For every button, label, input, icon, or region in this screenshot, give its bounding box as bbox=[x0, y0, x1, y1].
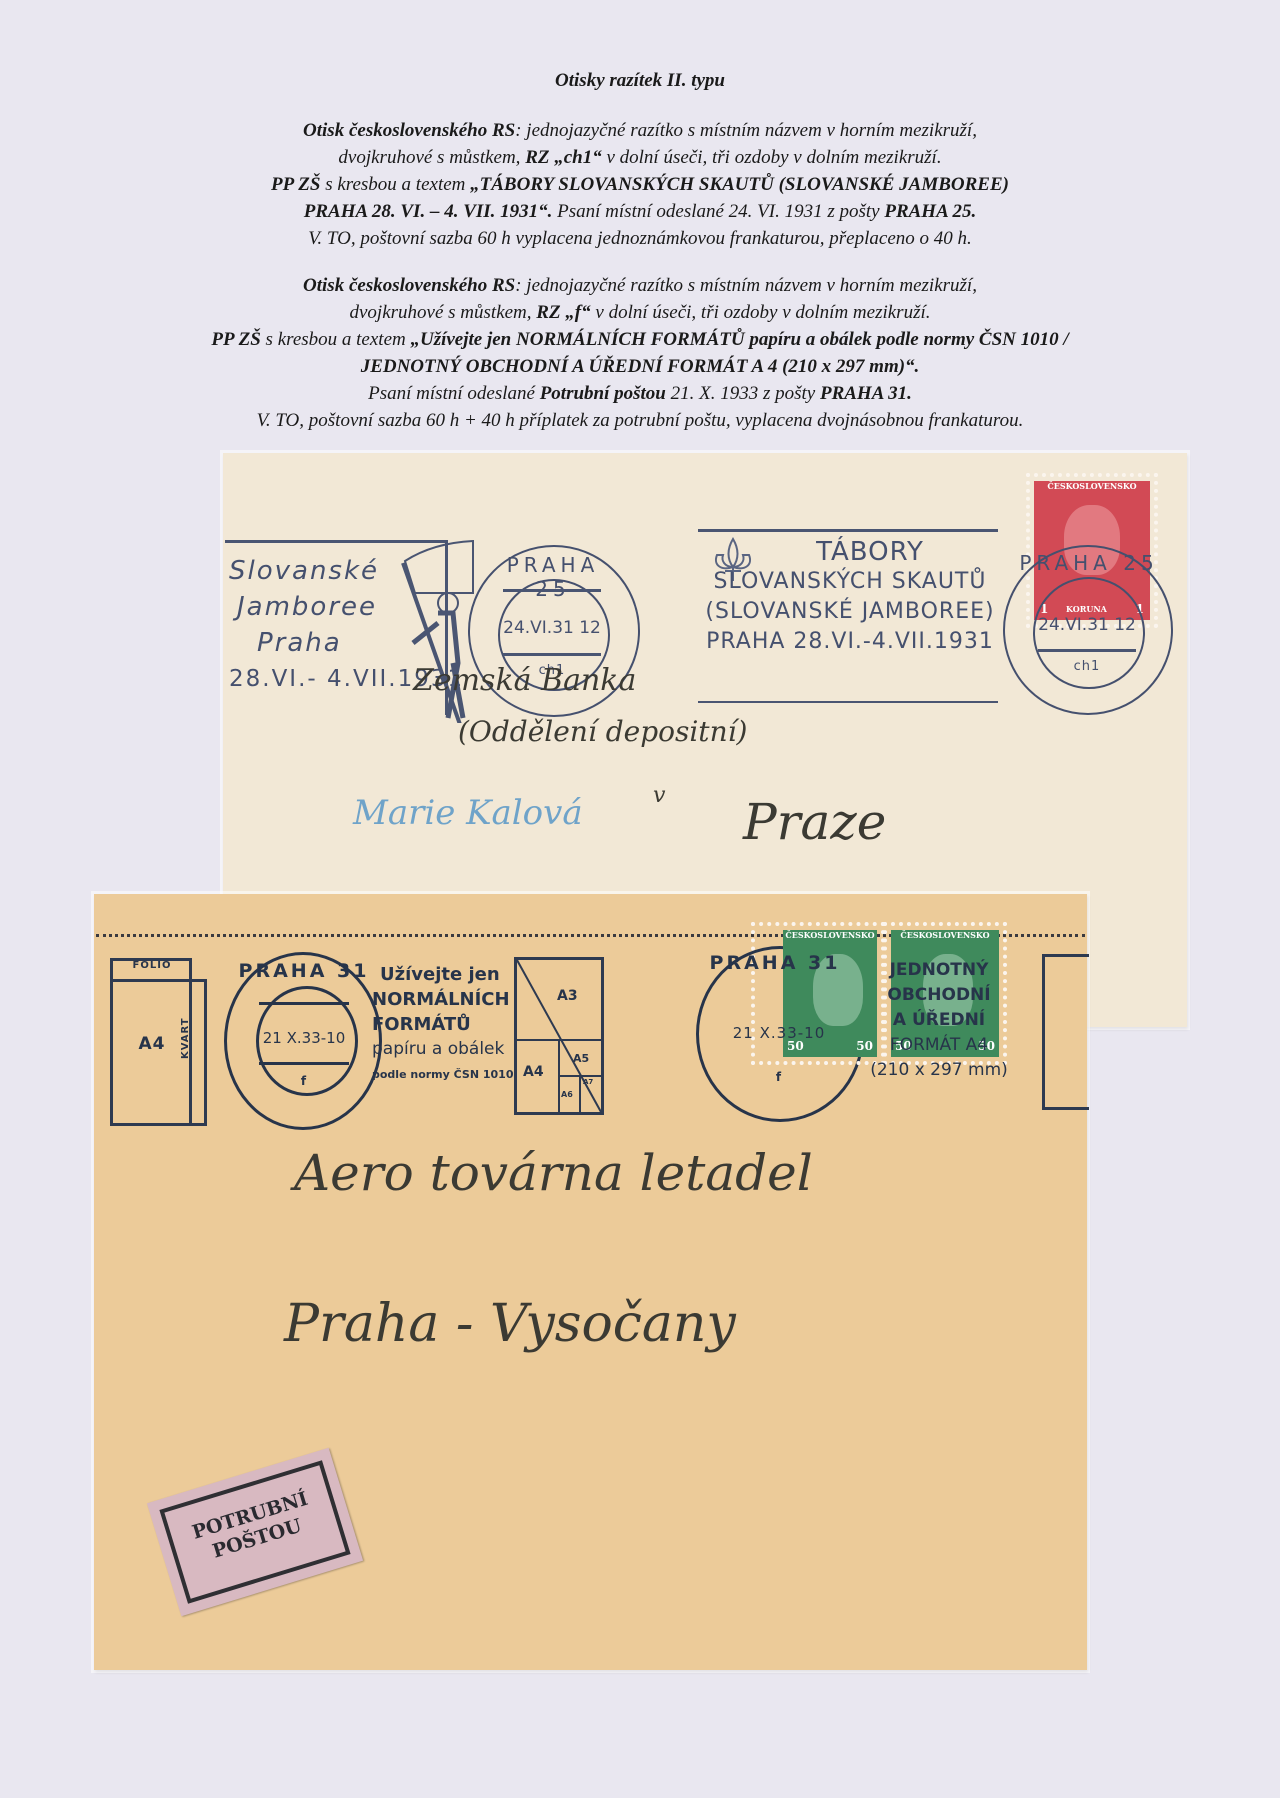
slogan-line: PRAHA 28.VI.-4.VII.1931 bbox=[705, 627, 995, 657]
text: V. TO, poštovní sazba 60 h + 40 h přípla… bbox=[0, 407, 1280, 434]
format-a4: A4 bbox=[523, 1064, 544, 1080]
slogan-line: FORMÁT A4 bbox=[864, 1033, 1014, 1058]
format-a3: A3 bbox=[557, 988, 578, 1004]
postmark-bridge bbox=[259, 1062, 349, 1065]
text: V. TO, poštovní sazba 60 h vyplacena jed… bbox=[0, 225, 1280, 252]
postmark-bridge bbox=[503, 589, 601, 592]
text-bold: JEDNOTNÝ OBCHODNÍ A ÚŘEDNÍ FORMÁT A 4 (2… bbox=[361, 356, 920, 377]
slogan-rule bbox=[698, 701, 998, 703]
address-city: Praha - Vysočany bbox=[284, 1294, 736, 1354]
format-a5: A5 bbox=[573, 1052, 589, 1065]
postmark-bridge bbox=[1038, 649, 1136, 652]
text-bold: Potrubní poštou bbox=[540, 383, 666, 404]
postmark-town: PRAHA 25 bbox=[488, 553, 618, 601]
address-city: Praze bbox=[743, 793, 886, 851]
box-label-folio: FOLIO bbox=[114, 960, 190, 971]
sender-signature: Marie Kalová bbox=[353, 793, 583, 833]
text: Psaní místní odeslané 24. VI. 1931 z poš… bbox=[552, 201, 884, 222]
slogan-line: JEDNOTNÝ bbox=[864, 958, 1014, 983]
postmark-town: PRAHA 25 bbox=[1019, 551, 1159, 575]
text-bold: PRAHA 25. bbox=[884, 201, 976, 222]
slogan-line: TÁBORY bbox=[705, 537, 995, 567]
text-bold: PRAHA 31. bbox=[820, 383, 912, 404]
text: : jednojazyčné razítko s místním názvem … bbox=[515, 275, 977, 296]
text-bold: RZ „f“ bbox=[536, 302, 590, 323]
slogan-line: (210 x 297 mm) bbox=[864, 1058, 1014, 1083]
address-line: v bbox=[653, 783, 665, 808]
text-bold: PP ZŠ bbox=[271, 174, 320, 195]
slogan-line: SLOVANSKÝCH SKAUTŮ bbox=[705, 567, 995, 597]
address-line: Zemská Banka bbox=[413, 663, 636, 698]
text-bold: Otisk československého RS bbox=[303, 275, 515, 296]
stamp-country: ČESKOSLOVENSKO bbox=[1034, 481, 1150, 493]
slogan-line: (SLOVANSKÉ JAMBOREE) bbox=[705, 597, 995, 627]
postmark-town: PRAHA 31 bbox=[234, 960, 374, 982]
postmark-code: f bbox=[729, 1070, 829, 1084]
text: dvojkruhové s můstkem, bbox=[338, 147, 525, 168]
format-box-folio-repeat bbox=[1042, 954, 1089, 1110]
postmark-date: 21 X.33-10 bbox=[724, 1024, 834, 1042]
slogan-line: A ÚŘEDNÍ bbox=[864, 1008, 1014, 1033]
postmark-bridge bbox=[259, 1002, 349, 1005]
slogan-line: NORMÁLNÍCH bbox=[372, 987, 532, 1012]
postmark-code: f bbox=[254, 1074, 354, 1088]
postmark-date: 21 X.33-10 bbox=[254, 1029, 354, 1047]
description-block-1: Otisk československého RS: jednojazyčné … bbox=[0, 117, 1280, 252]
text: s kresbou a textem bbox=[320, 174, 470, 195]
slogan-line: FORMÁTŮ bbox=[372, 1012, 532, 1037]
slogan-rule bbox=[698, 529, 998, 532]
address-line: (Oddělení depositní) bbox=[458, 715, 747, 748]
format-diagram-lines bbox=[517, 960, 601, 1112]
slogan-line: papíru a obálek bbox=[372, 1037, 532, 1062]
slogan-line: OBCHODNÍ bbox=[864, 983, 1014, 1008]
postmark-date: 24.VI.31 12 bbox=[498, 618, 606, 638]
format-a6: A6 bbox=[561, 1090, 573, 1099]
text: s kresbou a textem bbox=[261, 329, 411, 350]
postmark-code: ch1 bbox=[1033, 659, 1141, 674]
format-a7: A7 bbox=[583, 1078, 593, 1086]
text-bold: Otisk československého RS bbox=[303, 120, 515, 141]
box-label-a4: A4 bbox=[114, 1034, 190, 1054]
normal-format-slogan: Užívejte jen NORMÁLNÍCH FORMÁTŮ papíru a… bbox=[372, 962, 532, 1087]
postmark-bridge bbox=[503, 653, 601, 656]
text: 21. X. 1933 z pošty bbox=[666, 383, 820, 404]
text: v dolní úseči, tři ozdoby v dolním mezik… bbox=[591, 302, 931, 323]
postmark-town: PRAHA 31 bbox=[690, 952, 860, 974]
slogan-line: Užívejte jen bbox=[372, 962, 532, 987]
text: Psaní místní odeslané bbox=[368, 383, 540, 404]
jednotny-format-slogan: JEDNOTNÝ OBCHODNÍ A ÚŘEDNÍ FORMÁT A4 (21… bbox=[864, 958, 1014, 1083]
address-line: Aero továrna letadel bbox=[294, 1144, 813, 1202]
stamp-country: ČESKOSLOVENSKO bbox=[783, 930, 877, 942]
postmark-date: 24.VI.31 12 bbox=[1033, 615, 1141, 635]
text-bold: „Užívejte jen NORMÁLNÍCH FORMÁTŮ papíru … bbox=[410, 329, 1068, 350]
format-diagram: A3 A4 A5 A6 A7 bbox=[514, 957, 604, 1115]
stamp-country: ČESKOSLOVENSKO bbox=[891, 930, 999, 942]
slogan-line: podle normy ČSN 1010 bbox=[372, 1062, 532, 1087]
description-block-2: Otisk československého RS: jednojazyčné … bbox=[0, 272, 1280, 434]
text-bold: „TÁBORY SLOVANSKÝCH SKAUTŮ (SLOVANSKÉ JA… bbox=[470, 174, 1009, 195]
text: v dolní úseči, tři ozdoby v dolním mezik… bbox=[602, 147, 942, 168]
box-label-kvart: KVART bbox=[180, 1017, 191, 1059]
text: dvojkruhové s můstkem, bbox=[350, 302, 537, 323]
text-bold: PRAHA 28. VI. – 4. VII. 1931“. bbox=[304, 201, 553, 222]
text-bold: RZ „ch1“ bbox=[525, 147, 602, 168]
skaut-slogan: TÁBORY SLOVANSKÝCH SKAUTŮ (SLOVANSKÉ JAM… bbox=[705, 537, 995, 657]
text: : jednojazyčné razítko s místním názvem … bbox=[515, 120, 977, 141]
page-title: Otisky razítek II. typu bbox=[0, 70, 1280, 92]
text-bold: PP ZŠ bbox=[211, 329, 260, 350]
